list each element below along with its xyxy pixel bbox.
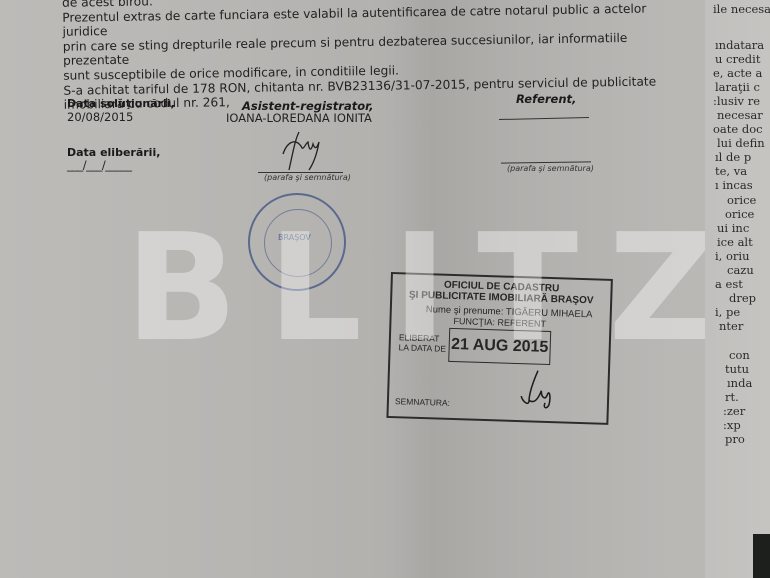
adjacent-page-line: pro — [725, 432, 745, 446]
adjacent-page-fragment: ile necesaındatarau credite, acte alaraţ… — [705, 0, 770, 578]
adjacent-page-line: drep — [729, 291, 756, 305]
adjacent-page-line: ıl de p — [715, 150, 751, 164]
stamp-semnatura-label: SEMNATURA: — [395, 396, 450, 408]
asistent-registrator-name: IOANA-LOREDANA IONITA — [226, 111, 372, 125]
data-eliberarii-value: ___/___/_____ — [67, 158, 132, 172]
adjacent-page-line: necesar — [717, 108, 763, 122]
adjacent-page-line: ui inc — [717, 221, 749, 235]
data-solutionarii-value: 20/08/2015 — [67, 110, 133, 124]
adjacent-page-line: rt. — [725, 390, 739, 404]
adjacent-page-line: con — [729, 348, 750, 362]
adjacent-page-line: ındatara — [715, 38, 764, 52]
adjacent-page-line: nter — [719, 319, 743, 333]
adjacent-page-line: u credit — [715, 52, 760, 66]
adjacent-page-line: a est — [715, 277, 743, 291]
issuance-stamp: OFICIUL DE CADASTRU ŞI PUBLICITATE IMOBI… — [386, 272, 612, 425]
adjacent-page-line: tutu — [725, 362, 749, 376]
adjacent-page-line: cazu — [727, 263, 754, 277]
adjacent-page-line: ı incas — [715, 178, 753, 192]
dark-background-corner — [753, 534, 770, 578]
referent-label: Referent, — [516, 92, 576, 106]
data-solutionarii-label: Data soluţionării, — [67, 97, 175, 110]
seal-city: BRAŞOV — [278, 233, 311, 242]
asistent-signature — [275, 130, 330, 175]
adjacent-page-line: :xp — [723, 418, 741, 432]
document-page: de acest birou. Prezentul extras de cart… — [0, 0, 705, 578]
adjacent-page-line: orice — [727, 193, 756, 207]
adjacent-page-line: lui defin — [717, 136, 765, 150]
adjacent-page-line: te, va — [715, 164, 747, 178]
adjacent-page-line: ında — [727, 376, 752, 390]
document-body-text: de acest birou. Prezentul extras de cart… — [48, 0, 670, 113]
referent-line — [499, 117, 589, 120]
adjacent-page-line: :zer — [723, 404, 745, 418]
adjacent-page-line: oate doc — [713, 122, 763, 136]
adjacent-page-line: :lusiv re — [713, 94, 760, 108]
adjacent-page-line: laraţii c — [715, 80, 760, 94]
stamp-signature — [517, 366, 568, 413]
parafa-caption: (parafa şi semnătura) — [264, 173, 351, 182]
stamp-function: FUNCŢIA: REFERENT — [453, 316, 546, 329]
round-official-seal: BRAŞOV — [248, 193, 346, 291]
adjacent-page-line: ile necesa — [713, 2, 770, 16]
stamp-date: 21 AUG 2015 — [448, 328, 551, 365]
parafa-caption: (parafa şi semnătura) — [507, 164, 594, 173]
adjacent-page-line: e, acte a — [713, 66, 762, 80]
stamp-eliberat-label: ELIBERAT LA DATA DE — [398, 332, 449, 354]
adjacent-page-line: ice alt — [717, 235, 753, 249]
seal-inner-ring — [264, 209, 332, 277]
adjacent-page-line: i, pe — [715, 305, 740, 319]
adjacent-page-line: orice — [725, 207, 754, 221]
adjacent-page-line: i, oriu — [715, 249, 750, 263]
